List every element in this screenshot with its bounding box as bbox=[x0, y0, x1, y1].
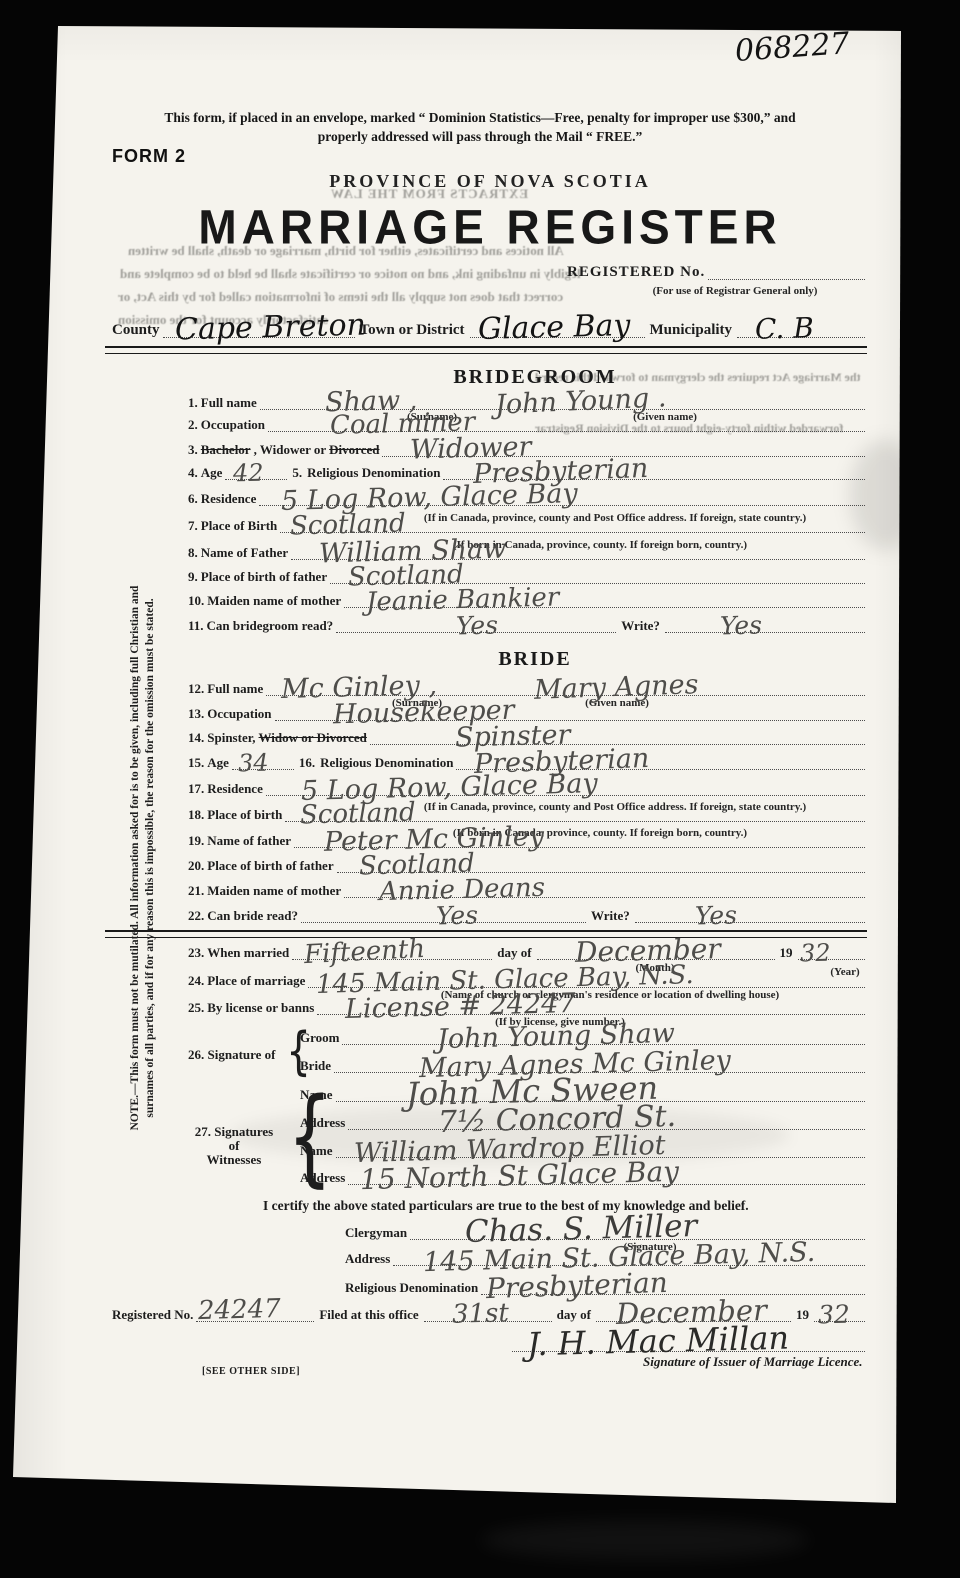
field-number: 15. bbox=[188, 755, 207, 770]
bride-given-value: Mary Agnes bbox=[534, 671, 699, 704]
year-prefix: 19 bbox=[775, 945, 798, 960]
field-number: 25. bbox=[188, 1000, 207, 1015]
dotted-line: License # 24247 bbox=[317, 998, 865, 1015]
field-number: 1. bbox=[188, 395, 201, 410]
section-divider bbox=[105, 930, 867, 938]
section-divider bbox=[105, 346, 867, 354]
bridegroom-given-value: John Young . bbox=[494, 384, 666, 418]
field-number: 26. bbox=[188, 1047, 204, 1062]
dotted-line: Presbyterian bbox=[443, 463, 865, 480]
field-label: Place of birth of father bbox=[207, 858, 336, 873]
dotted-line: 32 bbox=[814, 1305, 865, 1322]
field-witness2-name: Name William Wardrop Elliot bbox=[300, 1140, 865, 1158]
field-label: Maiden name of mother bbox=[207, 883, 344, 898]
day-of-label: day of bbox=[552, 1307, 596, 1322]
page-title: MARRIAGE REGISTER bbox=[110, 199, 870, 255]
field-number: 5. bbox=[287, 465, 307, 480]
bleed-through-text: correct that does not supply all the ite… bbox=[118, 289, 563, 305]
dotted-line: Cape Breton bbox=[163, 321, 355, 338]
field-label-struck: Widow or Divorced bbox=[259, 730, 370, 745]
field-bridegroom-father-birthplace: 9. Place of birth of father Scotland bbox=[188, 566, 865, 584]
field-place-of-marriage: 24. Place of marriage 145 Main St. Glace… bbox=[188, 970, 865, 988]
signatures-couple-label: 26. Signature of bbox=[188, 1048, 276, 1062]
field-witness1-address: Address 7½ Concord St. bbox=[300, 1112, 865, 1130]
dotted-line: John Young Shaw bbox=[342, 1028, 865, 1045]
bridegroom-read-value: Yes bbox=[456, 612, 499, 638]
dotted-line: Fifteenth bbox=[292, 943, 492, 960]
filed-day-value: 31st bbox=[451, 1300, 509, 1327]
year-prefix: 19 bbox=[791, 1307, 814, 1322]
field-label: Religious Denomination bbox=[320, 755, 456, 770]
witness2-address-value: 15 North St Glace Bay bbox=[360, 1158, 680, 1194]
day-of-label: day of bbox=[492, 945, 536, 960]
dotted-line: 32 bbox=[798, 943, 865, 960]
field-number: 13. bbox=[188, 706, 207, 721]
filed-label: Filed at this office bbox=[314, 1307, 423, 1322]
dotted-line: Yes bbox=[635, 906, 865, 923]
dotted-line: Scotland bbox=[337, 856, 865, 873]
registered-no-value: 24247 bbox=[198, 1296, 281, 1324]
field-number: 22. bbox=[188, 908, 207, 923]
field-number: 3. bbox=[188, 442, 201, 457]
filed-year-value: 32 bbox=[818, 1302, 850, 1328]
province-heading: PROVINCE OF NOVA SCOTIA bbox=[130, 171, 850, 192]
bridegroom-section-title: BRIDEGROOM bbox=[205, 366, 865, 389]
dotted-line: Yes bbox=[665, 616, 865, 633]
field-number: 17. bbox=[188, 781, 207, 796]
dotted-line: J. H. Mac Millan bbox=[512, 1335, 865, 1352]
dotted-line: Presbyterian bbox=[456, 753, 865, 770]
dotted-line: Glace Bay bbox=[470, 321, 645, 338]
mail-notice-line2: properly addressed will pass through the… bbox=[130, 127, 830, 146]
field-bridegroom-age-religion: 4. Age 42 5. Religious Denomination Pres… bbox=[188, 462, 865, 480]
field-label: Spinster, bbox=[207, 730, 258, 745]
field-label: Occupation bbox=[201, 417, 268, 432]
field-bride-occupation: 13. Occupation Housekeeper bbox=[188, 703, 865, 721]
county-label: County bbox=[112, 323, 163, 338]
bleed-through-text: legibly in unfading ink, and no notice o… bbox=[120, 266, 581, 282]
field-label: Place of Birth bbox=[201, 518, 281, 533]
dotted-line: 42 bbox=[225, 463, 287, 480]
field-number: 10. bbox=[188, 593, 207, 608]
field-label: Can bridegroom read? bbox=[207, 618, 337, 633]
dotted-line: Mc Ginley , Mary Agnes bbox=[266, 679, 865, 696]
dotted-line: 145 Main St. Glace Bay, N.S. bbox=[393, 1249, 865, 1266]
field-witness1-name: Name John Mc Sween bbox=[300, 1084, 865, 1102]
address-label: Address bbox=[345, 1251, 393, 1266]
field-label: Signatures of bbox=[214, 1124, 273, 1153]
registrar-stamp-number: 068227 bbox=[734, 26, 851, 69]
field-label: Place of birth bbox=[207, 807, 285, 822]
dotted-line: 5 Log Row, Glace Bay bbox=[259, 489, 865, 506]
bride-read-value: Yes bbox=[436, 902, 479, 928]
license-value: License # 24247 bbox=[345, 990, 576, 1023]
field-label-struck: Bachelor bbox=[201, 442, 254, 457]
dotted-line: 34 bbox=[232, 753, 294, 770]
registered-no-row: REGISTERED No. bbox=[567, 262, 865, 280]
dotted-line: John Mc Sween bbox=[336, 1085, 866, 1102]
brace-icon: { bbox=[288, 1075, 333, 1198]
denomination-label: Religious Denomination bbox=[345, 1280, 481, 1295]
field-label: Residence bbox=[201, 491, 260, 506]
dotted-line: Scotland bbox=[280, 516, 865, 533]
issuer-signature-row: J. H. Mac Millan bbox=[512, 1334, 865, 1352]
location-row: County Cape Breton Town or District Glac… bbox=[112, 317, 865, 338]
field-number: 11. bbox=[188, 618, 207, 633]
field-number: 2. bbox=[188, 417, 201, 432]
bridegroom-birthplace-value: Scotland bbox=[290, 510, 406, 539]
field-label: Signature of bbox=[208, 1047, 276, 1062]
field-bride-full-name: 12. Full name Mc Ginley , Mary Agnes bbox=[188, 678, 865, 696]
field-label: By license or banns bbox=[207, 1000, 317, 1015]
field-bride-residence: 17. Residence 5 Log Row, Glace Bay bbox=[188, 778, 865, 796]
field-number: 19. bbox=[188, 833, 207, 848]
field-number: 9. bbox=[188, 569, 201, 584]
margin-note-text: NOTE.—This form must not be mutilated. A… bbox=[128, 533, 158, 1183]
field-label: Full name bbox=[201, 395, 260, 410]
form-number-label: FORM 2 bbox=[112, 146, 186, 167]
dotted-line: Jeanie Bankier bbox=[344, 591, 865, 608]
town-value: Glace Bay bbox=[477, 311, 630, 345]
field-number: 24. bbox=[188, 973, 207, 988]
bride-age-value: 34 bbox=[238, 751, 269, 776]
dotted-line: Shaw , John Young . bbox=[260, 393, 865, 410]
field-label: Occupation bbox=[207, 706, 274, 721]
dotted-line: William Shaw bbox=[291, 543, 865, 560]
dotted-line: Housekeeper bbox=[275, 704, 865, 721]
field-witness2-address: Address 15 North St Glace Bay bbox=[300, 1167, 865, 1185]
field-label: Full name bbox=[207, 681, 266, 696]
field-bridegroom-full-name: 1. Full name Shaw , John Young . bbox=[188, 392, 865, 410]
dotted-line: Yes bbox=[301, 906, 586, 923]
see-other-side-label: [SEE OTHER SIDE] bbox=[202, 1366, 300, 1377]
field-number: 16. bbox=[294, 755, 320, 770]
field-number: 27. bbox=[195, 1124, 211, 1139]
registered-no-hint: (For use of Registrar General only) bbox=[600, 285, 870, 297]
field-bride-literacy: 22. Can bride read? Yes Write? Yes bbox=[188, 905, 865, 923]
write-label: Write? bbox=[586, 908, 635, 923]
dotted-line: C. B bbox=[737, 321, 865, 338]
bride-section-title: BRIDE bbox=[205, 648, 865, 671]
bridegroom-write-value: Yes bbox=[720, 612, 763, 638]
field-number: 12. bbox=[188, 681, 207, 696]
issuer-signature-value: J. H. Mac Millan bbox=[527, 1322, 790, 1361]
field-bride-mother: 21. Maiden name of mother Annie Deans bbox=[188, 880, 865, 898]
field-label: Religious Denomination bbox=[307, 465, 443, 480]
dotted-line: Scotland bbox=[330, 567, 865, 584]
dotted-line: 24247 bbox=[196, 1305, 314, 1322]
field-label: Age bbox=[201, 465, 226, 480]
paper-scan: EXTRACTS FROM THE LAW All notices and ce… bbox=[0, 0, 960, 1578]
town-label: Town or District bbox=[355, 323, 470, 338]
field-number: 23. bbox=[188, 945, 207, 960]
field-when-married: 23. When married Fifteenth day of Decemb… bbox=[188, 942, 865, 960]
field-label: When married bbox=[207, 945, 292, 960]
brace-icon: { bbox=[286, 1022, 311, 1082]
field-bride-status: 14. Spinster, Widow or Divorced Spinster bbox=[188, 727, 865, 745]
field-groom-signature: Groom John Young Shaw bbox=[300, 1027, 865, 1045]
dotted-line: 145 Main St. Glace Bay, N.S. bbox=[308, 971, 865, 988]
dotted-line: Annie Deans bbox=[344, 881, 865, 898]
dotted-line: 7½ Concord St. bbox=[348, 1113, 865, 1130]
field-bride-father-birthplace: 20. Place of birth of father Scotland bbox=[188, 855, 865, 873]
dotted-line: 15 North St Glace Bay bbox=[348, 1168, 865, 1185]
field-label: Can bride read? bbox=[207, 908, 301, 923]
municipality-value: C. B bbox=[755, 314, 815, 344]
field-label: Place of marriage bbox=[207, 973, 308, 988]
bride-write-value: Yes bbox=[694, 902, 737, 928]
field-label: Age bbox=[207, 755, 232, 770]
scan-smudge bbox=[480, 1520, 810, 1560]
field-number: 4. bbox=[188, 465, 201, 480]
dotted-line: 5 Log Row, Glace Bay bbox=[266, 779, 865, 796]
field-number: 20. bbox=[188, 858, 207, 873]
dotted-line: Spinster bbox=[370, 728, 865, 745]
field-label: Place of birth of father bbox=[201, 569, 330, 584]
field-license-or-banns: 25. By license or banns License # 24247 bbox=[188, 997, 865, 1015]
field-bride-age-religion: 15. Age 34 16. Religious Denomination Pr… bbox=[188, 752, 865, 770]
field-number: 14. bbox=[188, 730, 207, 745]
field-label: Name of father bbox=[207, 833, 294, 848]
dotted-line: Peter Mc Ginley bbox=[294, 831, 865, 848]
margin-note-line2: surnames of all parties, and if for any … bbox=[143, 533, 158, 1183]
margin-note-line1: NOTE.—This form must not be mutilated. A… bbox=[128, 533, 143, 1183]
field-number: 8. bbox=[188, 545, 201, 560]
dotted-line: Yes bbox=[336, 616, 616, 633]
mail-notice: This form, if placed in an envelope, mar… bbox=[130, 108, 830, 146]
field-bridegroom-residence: 6. Residence 5 Log Row, Glace Bay bbox=[188, 488, 865, 506]
field-label: Maiden name of mother bbox=[207, 593, 344, 608]
field-label-struck: Divorced bbox=[329, 442, 382, 457]
field-clergyman-address: Address 145 Main St. Glace Bay, N.S. bbox=[345, 1248, 865, 1266]
dotted-line: William Wardrop Elliot bbox=[336, 1141, 866, 1158]
field-number: 7. bbox=[188, 518, 201, 533]
field-bridegroom-father: 8. Name of Father William Shaw bbox=[188, 542, 865, 560]
signatures-witnesses-label: 27. Signatures of Witnesses bbox=[188, 1125, 280, 1167]
field-number: 6. bbox=[188, 491, 201, 506]
county-value: Cape Breton bbox=[174, 311, 366, 346]
dotted-line: 31st bbox=[424, 1305, 552, 1322]
witnesses-label-line2: Witnesses bbox=[188, 1153, 280, 1167]
dotted-line: Scotland bbox=[285, 805, 865, 822]
field-label: , Widower or bbox=[254, 442, 330, 457]
field-bridegroom-status: 3. Bachelor , Widower or Divorced Widowe… bbox=[188, 439, 865, 457]
dotted-line: December bbox=[537, 943, 775, 960]
municipality-label: Municipality bbox=[645, 323, 738, 338]
field-label: Residence bbox=[207, 781, 266, 796]
field-bridegroom-literacy: 11. Can bridegroom read? Yes Write? Yes bbox=[188, 615, 865, 633]
dotted-line: Presbyterian bbox=[481, 1278, 865, 1295]
field-bride-father: 19. Name of father Peter Mc Ginley bbox=[188, 830, 865, 848]
scanned-marriage-register: { "page": { "id_number": "068227", "see_… bbox=[0, 0, 960, 1578]
bridegroom-age-value: 42 bbox=[233, 461, 264, 486]
field-label: Name of Father bbox=[201, 545, 291, 560]
field-number: 21. bbox=[188, 883, 207, 898]
clergyman-label: Clergyman bbox=[345, 1225, 410, 1240]
registered-no-label: REGISTERED No. bbox=[567, 265, 708, 280]
field-bridegroom-mother: 10. Maiden name of mother Jeanie Bankier bbox=[188, 590, 865, 608]
dotted-line bbox=[708, 263, 865, 280]
field-bridegroom-birthplace: 7. Place of Birth Scotland bbox=[188, 515, 865, 533]
field-number: 18. bbox=[188, 807, 207, 822]
when-married-year-value: 32 bbox=[799, 941, 830, 966]
when-married-day-value: Fifteenth bbox=[304, 936, 426, 968]
field-clergyman-denomination: Religious Denomination Presbyterian bbox=[345, 1277, 865, 1295]
field-bride-birthplace: 18. Place of birth Scotland bbox=[188, 804, 865, 822]
witnesses-label-line1: 27. Signatures of bbox=[188, 1125, 280, 1153]
write-label: Write? bbox=[616, 618, 665, 633]
mail-notice-line1: This form, if placed in an envelope, mar… bbox=[130, 108, 830, 127]
registered-label: Registered No. bbox=[112, 1307, 196, 1322]
